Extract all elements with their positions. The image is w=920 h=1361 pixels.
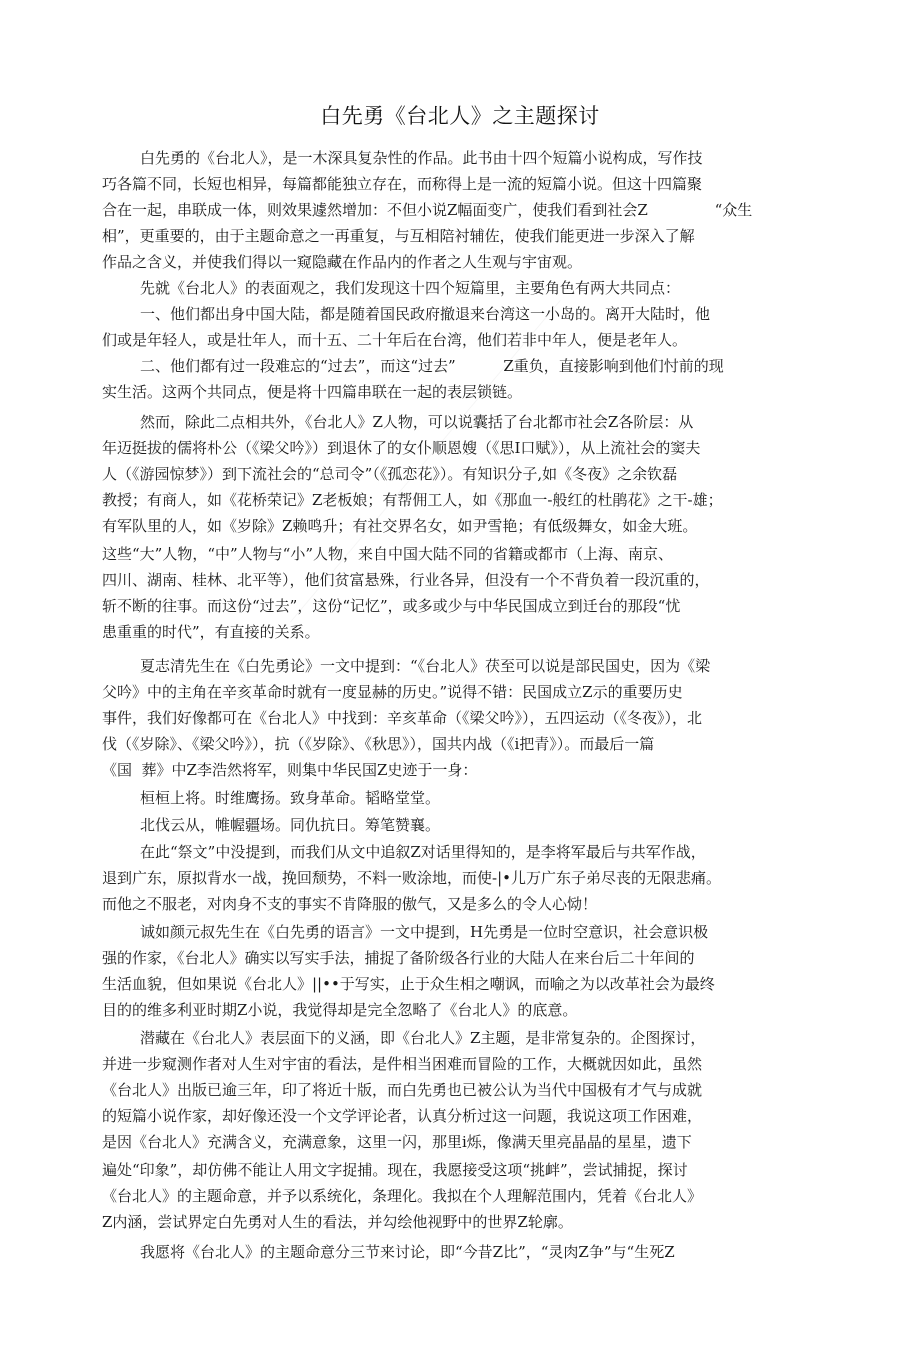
text-line: 这些“大”人物，“中”人物与“小”人物，来自中国大陆不同的省籍或都市（上海、南京… [102, 544, 673, 564]
text-line: 夏志清先生在《白先勇论》一文中提到：“《台北人》茯至可以说是部民国史，因为《梁 [140, 656, 710, 676]
text-line: Z内涵，尝试界定白先勇对人生的看法，并勾绘他视野中的世界Z轮廓。 [102, 1212, 573, 1232]
text-line: 退到广东，原拟背水一战，挽回颓势，不料一败涂地，而使-|•儿万广东子弟尽丧的无限… [102, 868, 721, 888]
text-line: 并进一步窥测作者对人生对宇宙的看法，是件相当困难而冒险的工作，大概就因如此，虽然 [102, 1054, 702, 1074]
text-line: 生活血貌，但如果说《台北人》||••于写实，止于众生相之嘲讽，而喻之为以改革社会… [102, 974, 715, 994]
text-line: 目的的维多利亚时期Z小说，我觉得却是完全忽略了《台北人》的底意。 [102, 1000, 577, 1020]
text-line: 然而，除此二点相共外，《台北人》Z人物，可以说囊括了台北都市社会Z各阶层：从 [140, 412, 693, 432]
document-title: 白先勇《台北人》之主题探讨 [0, 100, 920, 130]
text-line: 是因《台北人》充满含义，充满意象，这里一闪，那里i烁，像满天里亮晶晶的星星，遗下 [102, 1132, 692, 1152]
text-line: 教授；有商人，如《花桥荣记》Z老板娘；有帮佣工人，如《那血一-般红的杜鹃花》之干… [102, 490, 723, 510]
text-line: 作品之含义，并使我们得以一窥隐藏在作品内的作者之人生观与宇宙观。 [102, 252, 582, 272]
text-line: 年迈挺拔的儒将朴公（《梁父吟》）到退休了的女仆顺恩嫂（《思I口赋》），从上流社会… [102, 438, 700, 458]
text-line: 患重重的时代”，有直接的关系。 [102, 622, 320, 642]
text-line: 二、他们都有过一段难忘的“过去”，而这“过去” Z重负，直接影响到他们忖前的现 [140, 356, 724, 376]
text-line: 的短篇小说作家，却好像还没一个文学评论者，认真分析过这一问题，我说这项工作困难， [102, 1106, 702, 1126]
text-line: 我愿将《台北人》的主题命意分三节来讨论，即“今昔Z比”，“灵肉Z争”与“生死Z [140, 1242, 675, 1262]
text-line: 白先勇的《台北人》，是一木深具复杂性的作品。此书由十四个短篇小说构成，写作技 [140, 148, 703, 168]
text-line: 强的作家，《台北人》确实以写实手法，捕捉了备阶级各行业的大陆人在来台后二十年间的 [102, 948, 695, 968]
text-line: 而他之不服老，对肉身不支的事实不肯降服的傲气，又是多么的令人心恸！ [102, 894, 597, 914]
text-line: 《台北人》的主题命意，并予以系统化，条理化。我拟在个人理解范围内，凭着《台北人》 [102, 1186, 702, 1206]
text-line: 伐（《岁除》、《梁父吟》），抗（《岁除》、《秋思》），国共内战（《i把青》）。而… [102, 734, 654, 754]
text-line: 遍处“印象”，却仿佛不能让人用文字捉捕。现在，我愿接受这项“挑衅”，尝试捕捉，探… [102, 1160, 688, 1180]
text-line: 有军队里的人，如《岁除》Z赖鸣升；有社交界名女，如尹雪艳；有低级舞女，如金大班。 [102, 516, 697, 536]
text-line: 父吟》中的主角在辛亥革命时就有一度显赫的历史。”说得不错：民国成立Z示的重要历史 [102, 682, 683, 702]
text-line: 一、他们都出身中国大陆，都是随着国民政府撤退来台湾这一小岛的。离开大陆时，他 [140, 304, 710, 324]
text-line: 《台北人》出版已逾三年，印了将近十版，而白先勇也已被公认为当代中国极有才气与成就 [102, 1080, 702, 1100]
text-line: 诚如颜元叔先生在《白先勇的语言》一文中提到，H先勇是一位时空意识，社会意识极 [140, 922, 708, 942]
text-line: 实生活。这两个共同点，便是将十四篇串联在一起的表层锁链。 [102, 382, 522, 402]
text-line: 事件，我们好像都可在《台北人》中找到：辛亥革命（《梁父吟》），五四运动（《冬夜》… [102, 708, 702, 728]
text-line: 合在一起，串联成一体，则效果遽然增加：不但小说Z幅面变广，使我们看到社会Z “众… [102, 200, 752, 220]
text-line: 相”，更重要的，由于主题命意之一再重复，与互相陪衬辅佐，使我们能更进一步深入了解 [102, 226, 695, 246]
text-line: 们或是年轻人，或是壮年人，而十五、二十年后在台湾，他们若非中年人，便是老年人。 [102, 330, 687, 350]
text-line: 在此“祭文”中没提到，而我们从文中追叙Z对话里得知的，是李将军最后与共军作战， [140, 842, 706, 862]
document-page: 白先勇《台北人》之主题探讨 白先勇的《台北人》，是一木深具复杂性的作品。此书由十… [0, 0, 920, 1361]
text-line: 斩不断的往事。而这份“过去”，这份“记忆”，或多或少与中华民国成立到迁台的那段“… [102, 596, 680, 616]
text-line: 《国 葬》中Z李浩然将军，则集中华民国Z史迹于一身： [102, 760, 477, 780]
text-line: 先就《台北人》的表面观之，我们发现这十四个短篇里，主要角色有两大共同点： [140, 278, 680, 298]
text-line: 巧各篇不同，长短也相异，每篇都能独立存在，而称得上是一流的短篇小说。但这十四篇聚 [102, 174, 702, 194]
text-line: 人（《游园惊梦》）到下流社会的“总司令”（《孤恋花》）。有知识分子,如《冬夜》之… [102, 464, 677, 484]
text-line: 北伐云从，帷幄疆场。同仇抗日。筹笔赞襄。 [140, 815, 440, 835]
text-line: 桓桓上将。时维鹰扬。致身革命。韬略堂堂。 [140, 788, 440, 808]
text-line: 潜藏在《台北人》表层面下的义涵，即《台北人》Z主题，是非常复杂的。企图探讨， [140, 1028, 705, 1048]
text-line: 四川、湖南、桂林、北平等），他们贫富悬殊，行业各异，但没有一个不背负着一段沉重的… [102, 570, 710, 590]
